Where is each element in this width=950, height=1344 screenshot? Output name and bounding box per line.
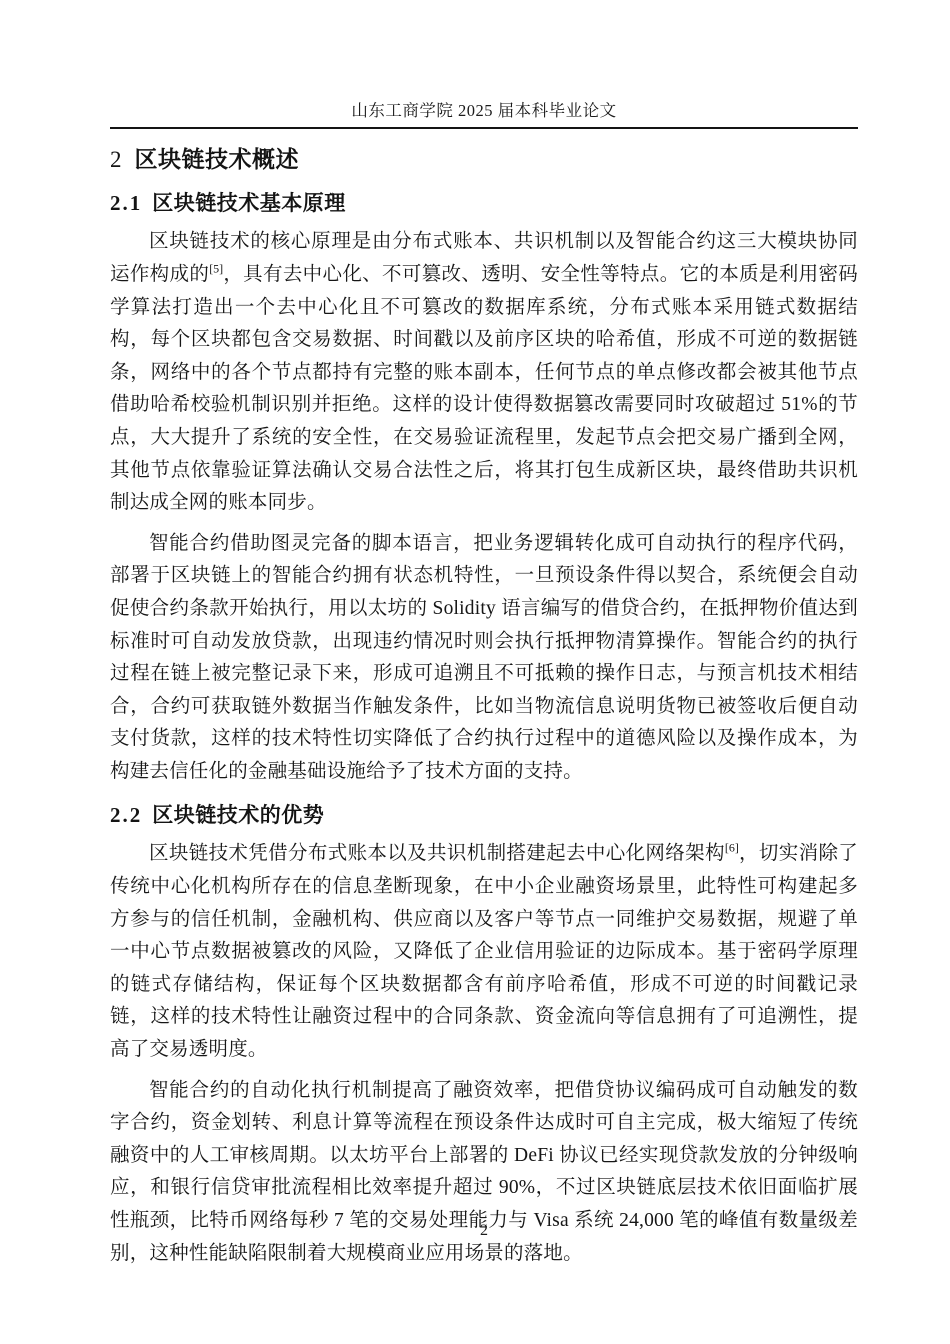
section-heading-2-2: 2.2区块链技术的优势 bbox=[110, 801, 858, 830]
paragraph-1-text-b: ，具有去中心化、不可篡改、透明、安全性等特点。它的本质是利用密码学算法打造出一个… bbox=[110, 264, 858, 513]
paragraph-3-text-b: ，切实消除了传统中心化机构所存在的信息垄断现象，在中小企业融资场景里，此特性可构… bbox=[110, 843, 858, 1060]
paragraph-3-text-a: 区块链技术凭借分布式账本以及共识机制搭建起去中心化网络架构 bbox=[149, 843, 725, 864]
section-2-1-title: 区块链技术基本原理 bbox=[152, 192, 346, 215]
header-rule bbox=[110, 127, 858, 129]
paragraph-1: 区块链技术的核心原理是由分布式账本、共识机制以及智能合约这三大模块协同运作构成的… bbox=[110, 226, 858, 519]
running-head: 山东工商学院 2025 届本科毕业论文 bbox=[110, 101, 858, 121]
section-2-1-number: 2.1 bbox=[110, 191, 142, 215]
paragraph-4: 智能合约的自动化执行机制提高了融资效率，把借贷协议编码成可自动触发的数字合约，资… bbox=[110, 1075, 858, 1271]
section-2-2-number: 2.2 bbox=[110, 803, 142, 827]
page-number: 2 bbox=[480, 1222, 488, 1239]
chapter-heading: 2区块链技术概述 bbox=[110, 144, 858, 175]
paragraph-2: 智能合约借助图灵完备的脚本语言，把业务逻辑转化成可自动执行的程序代码，部署于区块… bbox=[110, 528, 858, 789]
paragraph-3: 区块链技术凭借分布式账本以及共识机制搭建起去中心化网络架构[6]，切实消除了传统… bbox=[110, 838, 858, 1066]
section-2-2-title: 区块链技术的优势 bbox=[152, 804, 324, 827]
chapter-number: 2 bbox=[110, 147, 122, 172]
document-page: 山东工商学院 2025 届本科毕业论文 2区块链技术概述 2.1区块链技术基本原… bbox=[0, 0, 950, 1344]
chapter-title: 区块链技术概述 bbox=[135, 146, 300, 172]
citation-ref-5: [5] bbox=[209, 261, 223, 275]
citation-ref-6: [6] bbox=[725, 841, 739, 855]
section-heading-2-1: 2.1区块链技术基本原理 bbox=[110, 189, 858, 218]
page-footer: 2 bbox=[110, 1222, 858, 1240]
